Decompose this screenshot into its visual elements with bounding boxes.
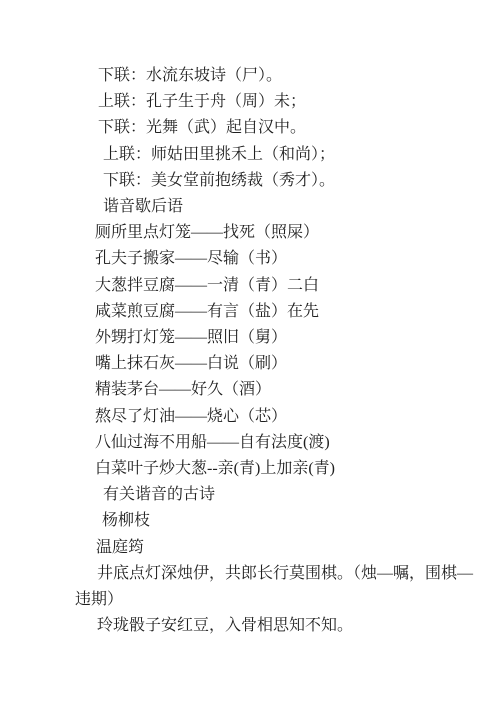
text-line: 玲珑骰子安红豆，入骨相思知不知。 bbox=[75, 613, 452, 639]
text-line: 孔夫子搬家——尽输（书） bbox=[75, 246, 452, 272]
text-line: 上联：师姑田里挑禾上（和尚）； bbox=[75, 142, 452, 168]
text-line: 谐音歇后语 bbox=[75, 194, 452, 220]
text-line: 杨柳枝 bbox=[75, 508, 452, 534]
text-line: 熬尽了灯油——烧心（芯） bbox=[75, 404, 452, 430]
document-body: 下联：水流东坡诗（尸）。上联：孔子生于舟（周）未；下联：光舞（武）起自汉中。上联… bbox=[0, 0, 500, 639]
text-line: 下联：美女堂前抱绣裁（秀才）。 bbox=[75, 168, 452, 194]
text-line: 大葱拌豆腐——一清（青）二白 bbox=[75, 273, 452, 299]
text-line: 外甥打灯笼——照旧（舅） bbox=[75, 325, 452, 351]
text-line: 温庭筠 bbox=[75, 535, 452, 561]
text-line: 下联：光舞（武）起自汉中。 bbox=[75, 115, 452, 141]
text-line: 违期） bbox=[75, 587, 452, 613]
text-line: 上联：孔子生于舟（周）未； bbox=[75, 89, 452, 115]
document-page: 下联：水流东坡诗（尸）。上联：孔子生于舟（周）未；下联：光舞（武）起自汉中。上联… bbox=[0, 0, 500, 707]
text-line: 精装茅台——好久（酒） bbox=[75, 377, 452, 403]
text-line: 井底点灯深烛伊，共郎长行莫围棋。（烛—嘱，围棋— bbox=[75, 561, 452, 587]
text-line: 有关谐音的古诗 bbox=[75, 482, 452, 508]
text-line: 下联：水流东坡诗（尸）。 bbox=[75, 63, 452, 89]
text-line: 八仙过海不用船——自有法度(渡) bbox=[75, 430, 452, 456]
text-line: 嘴上抹石灰——白说（刷） bbox=[75, 351, 452, 377]
text-line: 白菜叶子炒大葱--亲(青)上加亲(青) bbox=[75, 456, 452, 482]
text-line: 厕所里点灯笼——找死（照屎） bbox=[75, 220, 452, 246]
text-line: 咸菜煎豆腐——有言（盐）在先 bbox=[75, 299, 452, 325]
